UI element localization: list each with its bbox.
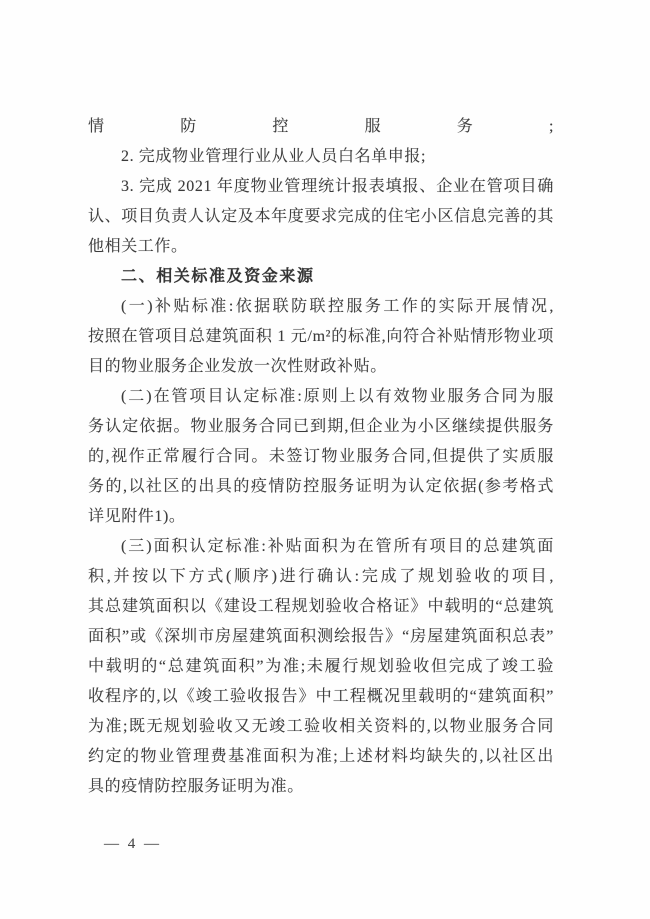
text-line: 约定的物业管理费基准面积为准;上述材料均缺失的,以社区出 — [88, 742, 554, 772]
text-line: 其总建筑面积以《建设工程规划验收合格证》中载明的“总建筑 — [88, 592, 554, 622]
text-line: 积,并按以下方式(顺序)进行确认:完成了规划验收的项目, — [88, 562, 554, 592]
subsection-1-line: (一)补贴标准:依据联防联控服务工作的实际开展情况, — [88, 292, 554, 322]
section-heading: 二、相关标准及资金来源 — [88, 262, 554, 292]
text-line: 他相关工作。 — [88, 232, 554, 262]
document-body: 情防控服务; 2. 完成物业管理行业从业人员白名单申报; 3. 完成 2021 … — [88, 112, 554, 802]
list-item-3: 3. 完成 2021 年度物业管理统计报表填报、企业在管项目确 — [88, 172, 554, 202]
subsection-2-line: (二)在管项目认定标准:原则上以有效物业服务合同为服 — [88, 382, 554, 412]
document-page: 情防控服务; 2. 完成物业管理行业从业人员白名单申报; 3. 完成 2021 … — [0, 0, 650, 919]
text-line: 务认定依据。物业服务合同已到期,但企业为小区继续提供服务 — [88, 412, 554, 442]
text-line: 认、项目负责人认定及本年度要求完成的住宅小区信息完善的其 — [88, 202, 554, 232]
text-line: 务的,以社区的出具的疫情防控服务证明为认定依据(参考格式 — [88, 472, 554, 502]
list-item-2: 2. 完成物业管理行业从业人员白名单申报; — [88, 142, 554, 172]
subsection-3-line: (三)面积认定标准:补贴面积为在管所有项目的总建筑面 — [88, 532, 554, 562]
text-line: 收程序的,以《竣工验收报告》中工程概况里载明的“建筑面积” — [88, 682, 554, 712]
text-line-continuation: 情防控服务; — [88, 112, 554, 142]
text-line: 具的疫情防控服务证明为准。 — [88, 772, 554, 802]
text-line: 目的物业服务企业发放一次性财政补贴。 — [88, 352, 554, 382]
text-line: 中载明的“总建筑面积”为准;未履行规划验收但完成了竣工验 — [88, 652, 554, 682]
text-line: 的,视作正常履行合同。未签订物业服务合同,但提供了实质服 — [88, 442, 554, 472]
text-line: 按照在管项目总建筑面积 1 元/m²的标准,向符合补贴情形物业项 — [88, 322, 554, 352]
text-line: 面积”或《深圳市房屋建筑面积测绘报告》“房屋建筑面积总表” — [88, 622, 554, 652]
text-line: 详见附件1)。 — [88, 502, 554, 532]
page-number: — 4 — — [104, 836, 162, 853]
text-line: 为准;既无规划验收又无竣工验收相关资料的,以物业服务合同 — [88, 712, 554, 742]
